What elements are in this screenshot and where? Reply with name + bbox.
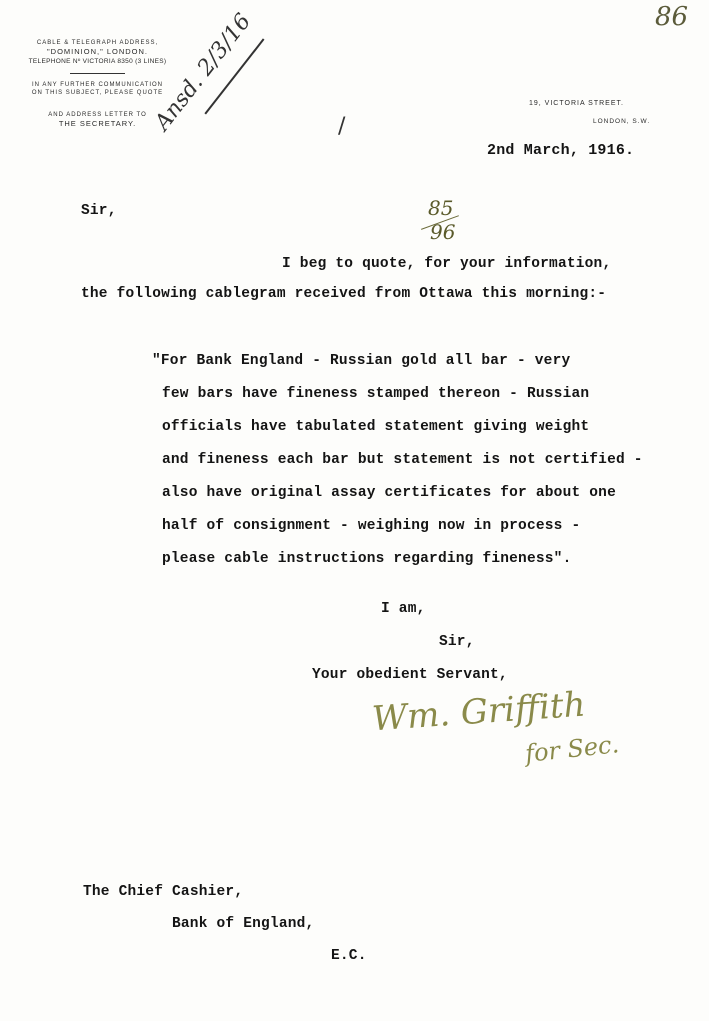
- cablegram-line: few bars have fineness stamped thereon -…: [162, 386, 589, 402]
- cable-address-label: CABLE & TELEGRAPH ADDRESS,: [10, 40, 185, 46]
- street-address: 19, VICTORIA STREET.: [529, 100, 624, 107]
- pencil-stroke: /: [338, 114, 345, 139]
- intro-line-1: I beg to quote, for your information,: [282, 256, 611, 272]
- addressee-line-3: E.C.: [331, 948, 367, 964]
- cablegram-line: please cable instructions regarding fine…: [162, 551, 571, 567]
- letter-date: 2nd March, 1916.: [487, 142, 634, 159]
- reference-denominator: 96: [430, 220, 455, 244]
- signature-note: for Sec.: [524, 730, 621, 768]
- intro-line-2: the following cablegram received from Ot…: [81, 286, 606, 302]
- cable-address: "DOMINION," LONDON.: [10, 47, 185, 56]
- addressee-line-2: Bank of England,: [172, 916, 314, 932]
- cablegram-line: also have original assay certificates fo…: [162, 485, 616, 501]
- page-number: 86: [655, 2, 688, 32]
- salutation: Sir,: [81, 203, 117, 219]
- city-address: LONDON, S.W.: [593, 118, 650, 125]
- reference-numerator: 85: [428, 196, 453, 220]
- quote-line-2: ON THIS SUBJECT, PLEASE QUOTE: [10, 90, 185, 96]
- closing-servant: Your obedient Servant,: [312, 667, 508, 683]
- cablegram-line: "For Bank England - Russian gold all bar…: [152, 353, 570, 369]
- signature: Wm. Griffith: [371, 685, 587, 740]
- letterhead-divider: [70, 73, 125, 74]
- addressee-line-1: The Chief Cashier,: [83, 884, 243, 900]
- cablegram-line: half of consignment - weighing now in pr…: [162, 518, 580, 534]
- closing-sir: Sir,: [439, 634, 475, 650]
- cablegram-line: and fineness each bar but statement is n…: [162, 452, 643, 468]
- cablegram-line: officials have tabulated statement givin…: [162, 419, 589, 435]
- closing-i-am: I am,: [381, 601, 426, 617]
- quote-line-1: IN ANY FURTHER COMMUNICATION: [10, 82, 185, 88]
- telephone: TELEPHONE Nº VICTORIA 8350 (3 LINES): [10, 58, 185, 65]
